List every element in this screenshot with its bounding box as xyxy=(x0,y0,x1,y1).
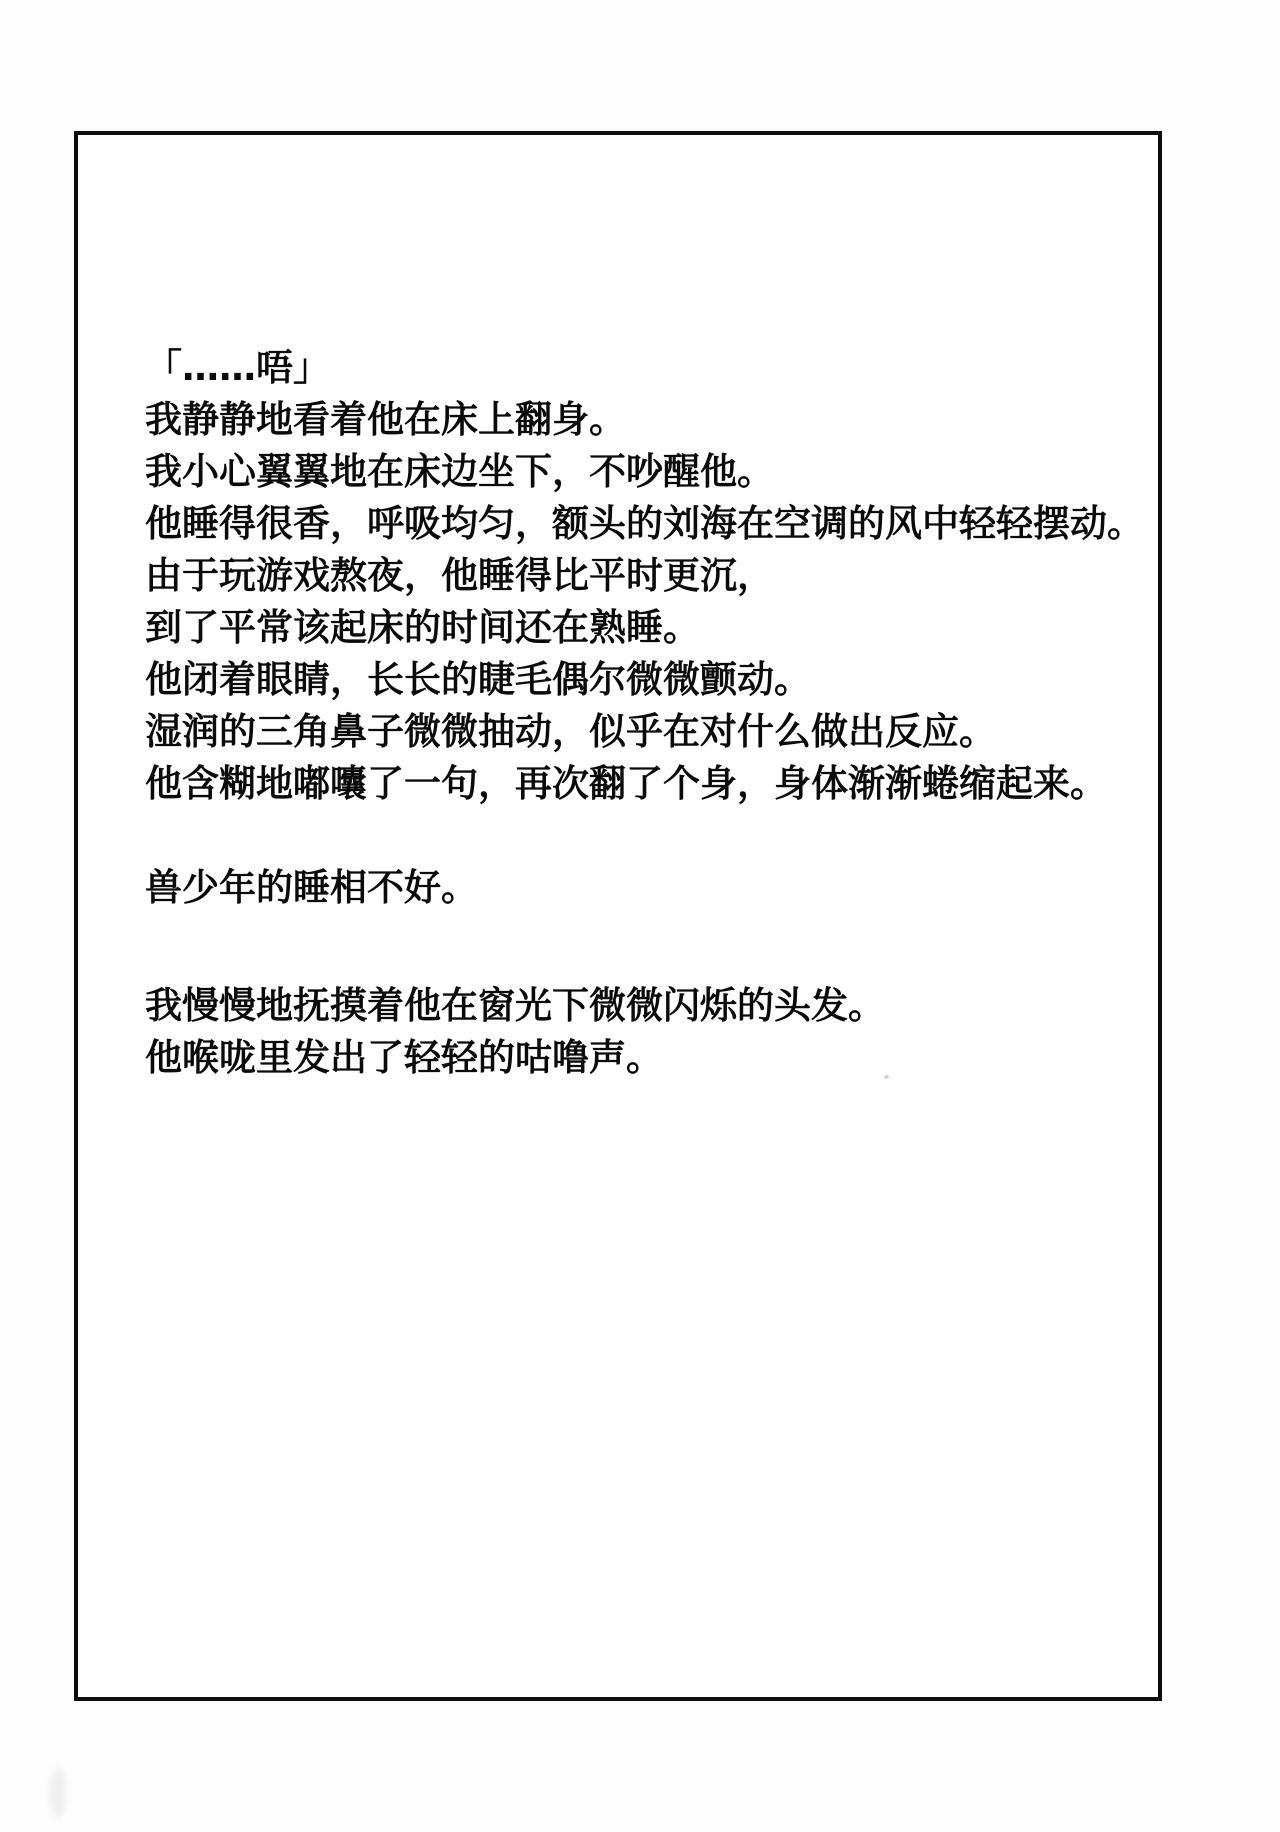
text-line: 他含糊地嘟囔了一句，再次翻了个身，身体渐渐蜷缩起来。 xyxy=(145,758,1142,810)
text-line: 我慢慢地抚摸着他在窗光下微微闪烁的头发。 xyxy=(145,980,1142,1032)
paragraph-3: 我慢慢地抚摸着他在窗光下微微闪烁的头发。 他喉咙里发出了轻轻的咕噜声。 xyxy=(145,980,1142,1084)
text-line: 他喉咙里发出了轻轻的咕噜声。 xyxy=(145,1032,1142,1084)
text-line: 「……唔」 xyxy=(145,342,1142,394)
text-line: 他闭着眼睛，长长的睫毛偶尔微微颤动。 xyxy=(145,654,1142,706)
text-line: 湿润的三角鼻子微微抽动，似乎在对什么做出反应。 xyxy=(145,706,1142,758)
text-line: 他睡得很香，呼吸均匀，额头的刘海在空调的风中轻轻摆动。 xyxy=(145,498,1142,550)
text-line: 我小心翼翼地在床边坐下，不吵醒他。 xyxy=(145,446,1142,498)
text-line: 我静静地看着他在床上翻身。 xyxy=(145,394,1142,446)
page-border-frame: 「……唔」 我静静地看着他在床上翻身。 我小心翼翼地在床边坐下，不吵醒他。 他睡… xyxy=(74,131,1162,1701)
paragraph-2: 兽少年的睡相不好。 xyxy=(145,862,1142,914)
scanned-document-page: 「……唔」 我静静地看着他在床上翻身。 我小心翼翼地在床边坐下，不吵醒他。 他睡… xyxy=(0,0,1280,1832)
story-text-block: 「……唔」 我静静地看着他在床上翻身。 我小心翼翼地在床边坐下，不吵醒他。 他睡… xyxy=(145,342,1142,1084)
text-line: 兽少年的睡相不好。 xyxy=(145,862,1142,914)
scan-noise-dot xyxy=(884,1075,889,1079)
paragraph-1: 「……唔」 我静静地看着他在床上翻身。 我小心翼翼地在床边坐下，不吵醒他。 他睡… xyxy=(145,342,1142,810)
text-line: 由于玩游戏熬夜，他睡得比平时更沉， xyxy=(145,550,1142,602)
text-line: 到了平常该起床的时间还在熟睡。 xyxy=(145,602,1142,654)
scan-noise-smudge xyxy=(50,1768,66,1818)
